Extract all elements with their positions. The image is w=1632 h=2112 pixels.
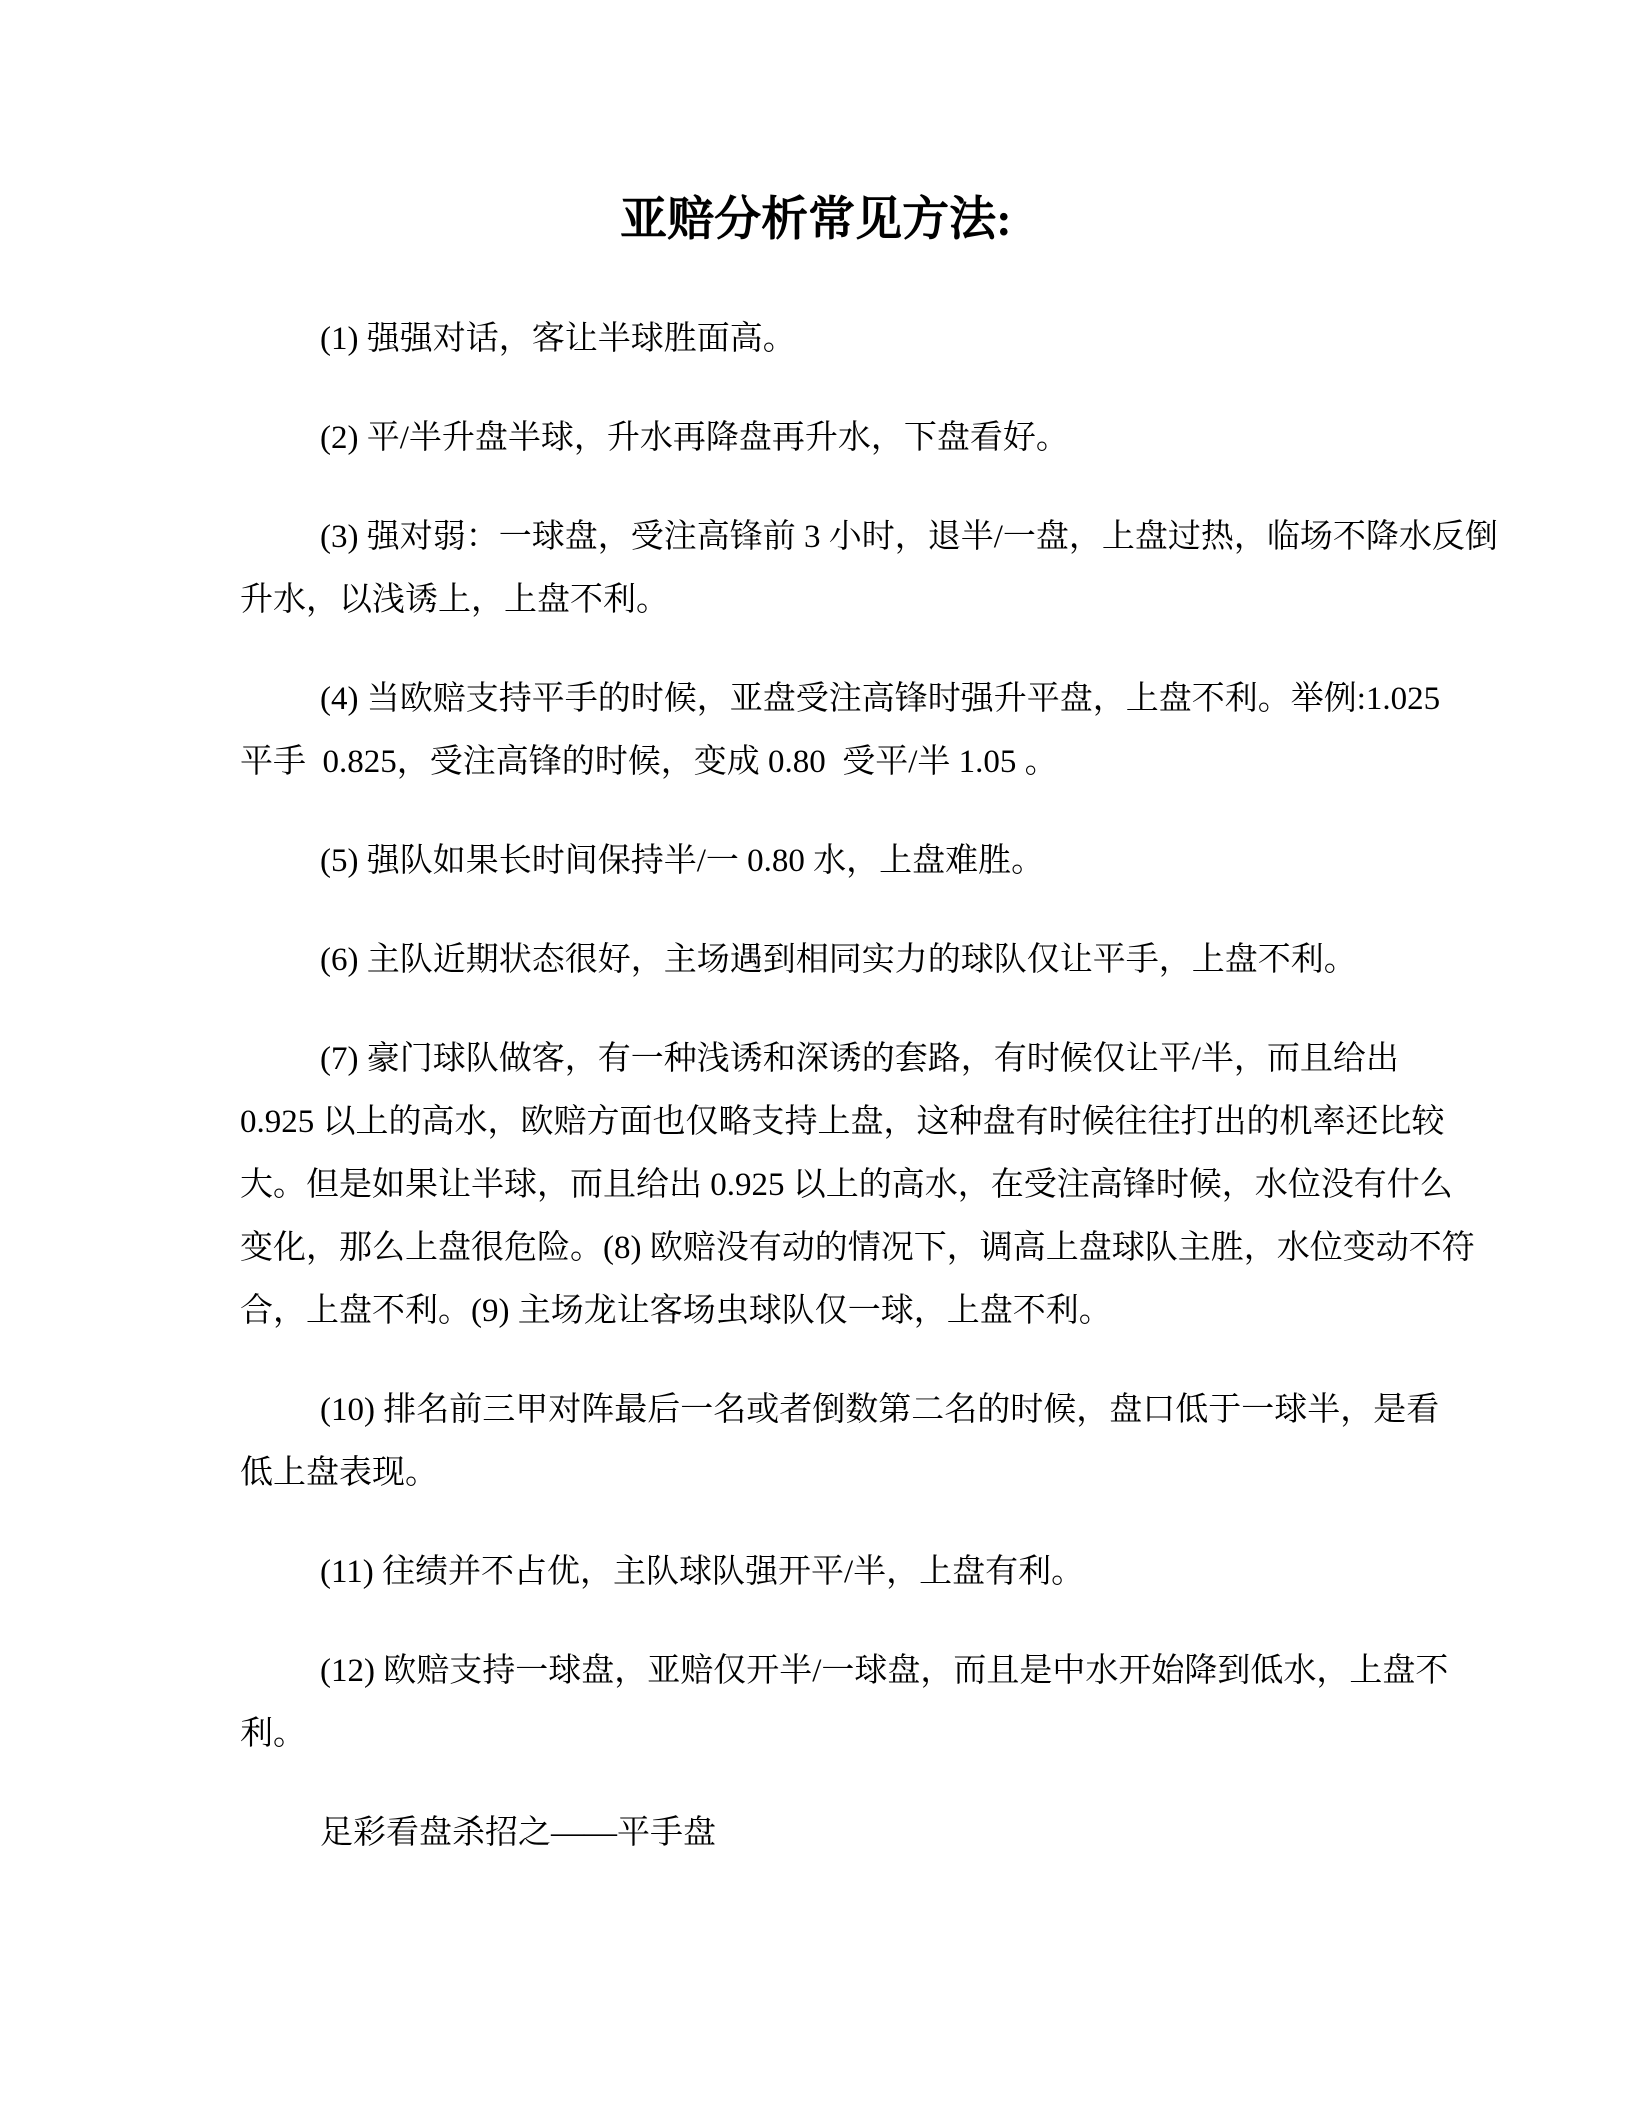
paragraph-10: (10) 排名前三甲对阵最后一名或者倒数第二名的时候，盘口低于一球半，是看 低上… — [240, 1379, 1392, 1505]
text-line: (4) 当欧赔支持平手的时候，亚盘受注高锋时强升平盘，上盘不利。举例:1.025 — [240, 668, 1392, 731]
text-line: 低上盘表现。 — [240, 1442, 1392, 1505]
text-line: (11) 往绩并不占优，主队球队强开平/半，上盘有利。 — [240, 1541, 1392, 1604]
text-line: (2) 平/半升盘半球，升水再降盘再升水，下盘看好。 — [240, 407, 1392, 470]
text-line: 足彩看盘杀招之——平手盘 — [240, 1802, 1392, 1865]
text-line: (10) 排名前三甲对阵最后一名或者倒数第二名的时候，盘口低于一球半，是看 — [240, 1379, 1392, 1442]
closing-line: 足彩看盘杀招之——平手盘 — [240, 1802, 1392, 1865]
text-line: (3) 强对弱：一球盘，受注高锋前 3 小时，退半/一盘，上盘过热，临场不降水反… — [240, 506, 1392, 569]
paragraph-2: (2) 平/半升盘半球，升水再降盘再升水，下盘看好。 — [240, 407, 1392, 470]
paragraph-12: (12) 欧赔支持一球盘，亚赔仅开半/一球盘，而且是中水开始降到低水，上盘不 利… — [240, 1640, 1392, 1766]
text-line: 变化，那么上盘很危险。(8) 欧赔没有动的情况下，调高上盘球队主胜，水位变动不符 — [240, 1217, 1392, 1280]
text-line: (7) 豪门球队做客，有一种浅诱和深诱的套路，有时候仅让平/半，而且给出 — [240, 1028, 1392, 1091]
paragraph-7-8-9: (7) 豪门球队做客，有一种浅诱和深诱的套路，有时候仅让平/半，而且给出 0.9… — [240, 1028, 1392, 1343]
text-line: 平手 0.825，受注高锋的时候，变成 0.80 受平/半 1.05 。 — [240, 731, 1392, 794]
paragraph-1: (1) 强强对话，客让半球胜面高。 — [240, 308, 1392, 371]
paragraph-3: (3) 强对弱：一球盘，受注高锋前 3 小时，退半/一盘，上盘过热，临场不降水反… — [240, 506, 1392, 632]
text-line: 升水，以浅诱上，上盘不利。 — [240, 569, 1392, 632]
text-line: 大。但是如果让半球，而且给出 0.925 以上的高水，在受注高锋时候，水位没有什… — [240, 1154, 1392, 1217]
text-line: 0.925 以上的高水，欧赔方面也仅略支持上盘，这种盘有时候往往打出的机率还比较 — [240, 1091, 1392, 1154]
text-line: (6) 主队近期状态很好，主场遇到相同实力的球队仅让平手，上盘不利。 — [240, 929, 1392, 992]
text-line: (12) 欧赔支持一球盘，亚赔仅开半/一球盘，而且是中水开始降到低水，上盘不 — [240, 1640, 1392, 1703]
text-line: (5) 强队如果长时间保持半/一 0.80 水，上盘难胜。 — [240, 830, 1392, 893]
text-line: (1) 强强对话，客让半球胜面高。 — [240, 308, 1392, 371]
document-page: 亚赔分析常见方法: (1) 强强对话，客让半球胜面高。 (2) 平/半升盘半球，… — [0, 0, 1632, 2112]
paragraph-5: (5) 强队如果长时间保持半/一 0.80 水，上盘难胜。 — [240, 830, 1392, 893]
text-line: 利。 — [240, 1703, 1392, 1766]
document-body: (1) 强强对话，客让半球胜面高。 (2) 平/半升盘半球，升水再降盘再升水，下… — [240, 308, 1392, 1901]
document-title: 亚赔分析常见方法: — [240, 192, 1392, 248]
paragraph-4: (4) 当欧赔支持平手的时候，亚盘受注高锋时强升平盘，上盘不利。举例:1.025… — [240, 668, 1392, 794]
paragraph-6: (6) 主队近期状态很好，主场遇到相同实力的球队仅让平手，上盘不利。 — [240, 929, 1392, 992]
paragraph-11: (11) 往绩并不占优，主队球队强开平/半，上盘有利。 — [240, 1541, 1392, 1604]
text-line: 合，上盘不利。(9) 主场龙让客场虫球队仅一球，上盘不利。 — [240, 1280, 1392, 1343]
